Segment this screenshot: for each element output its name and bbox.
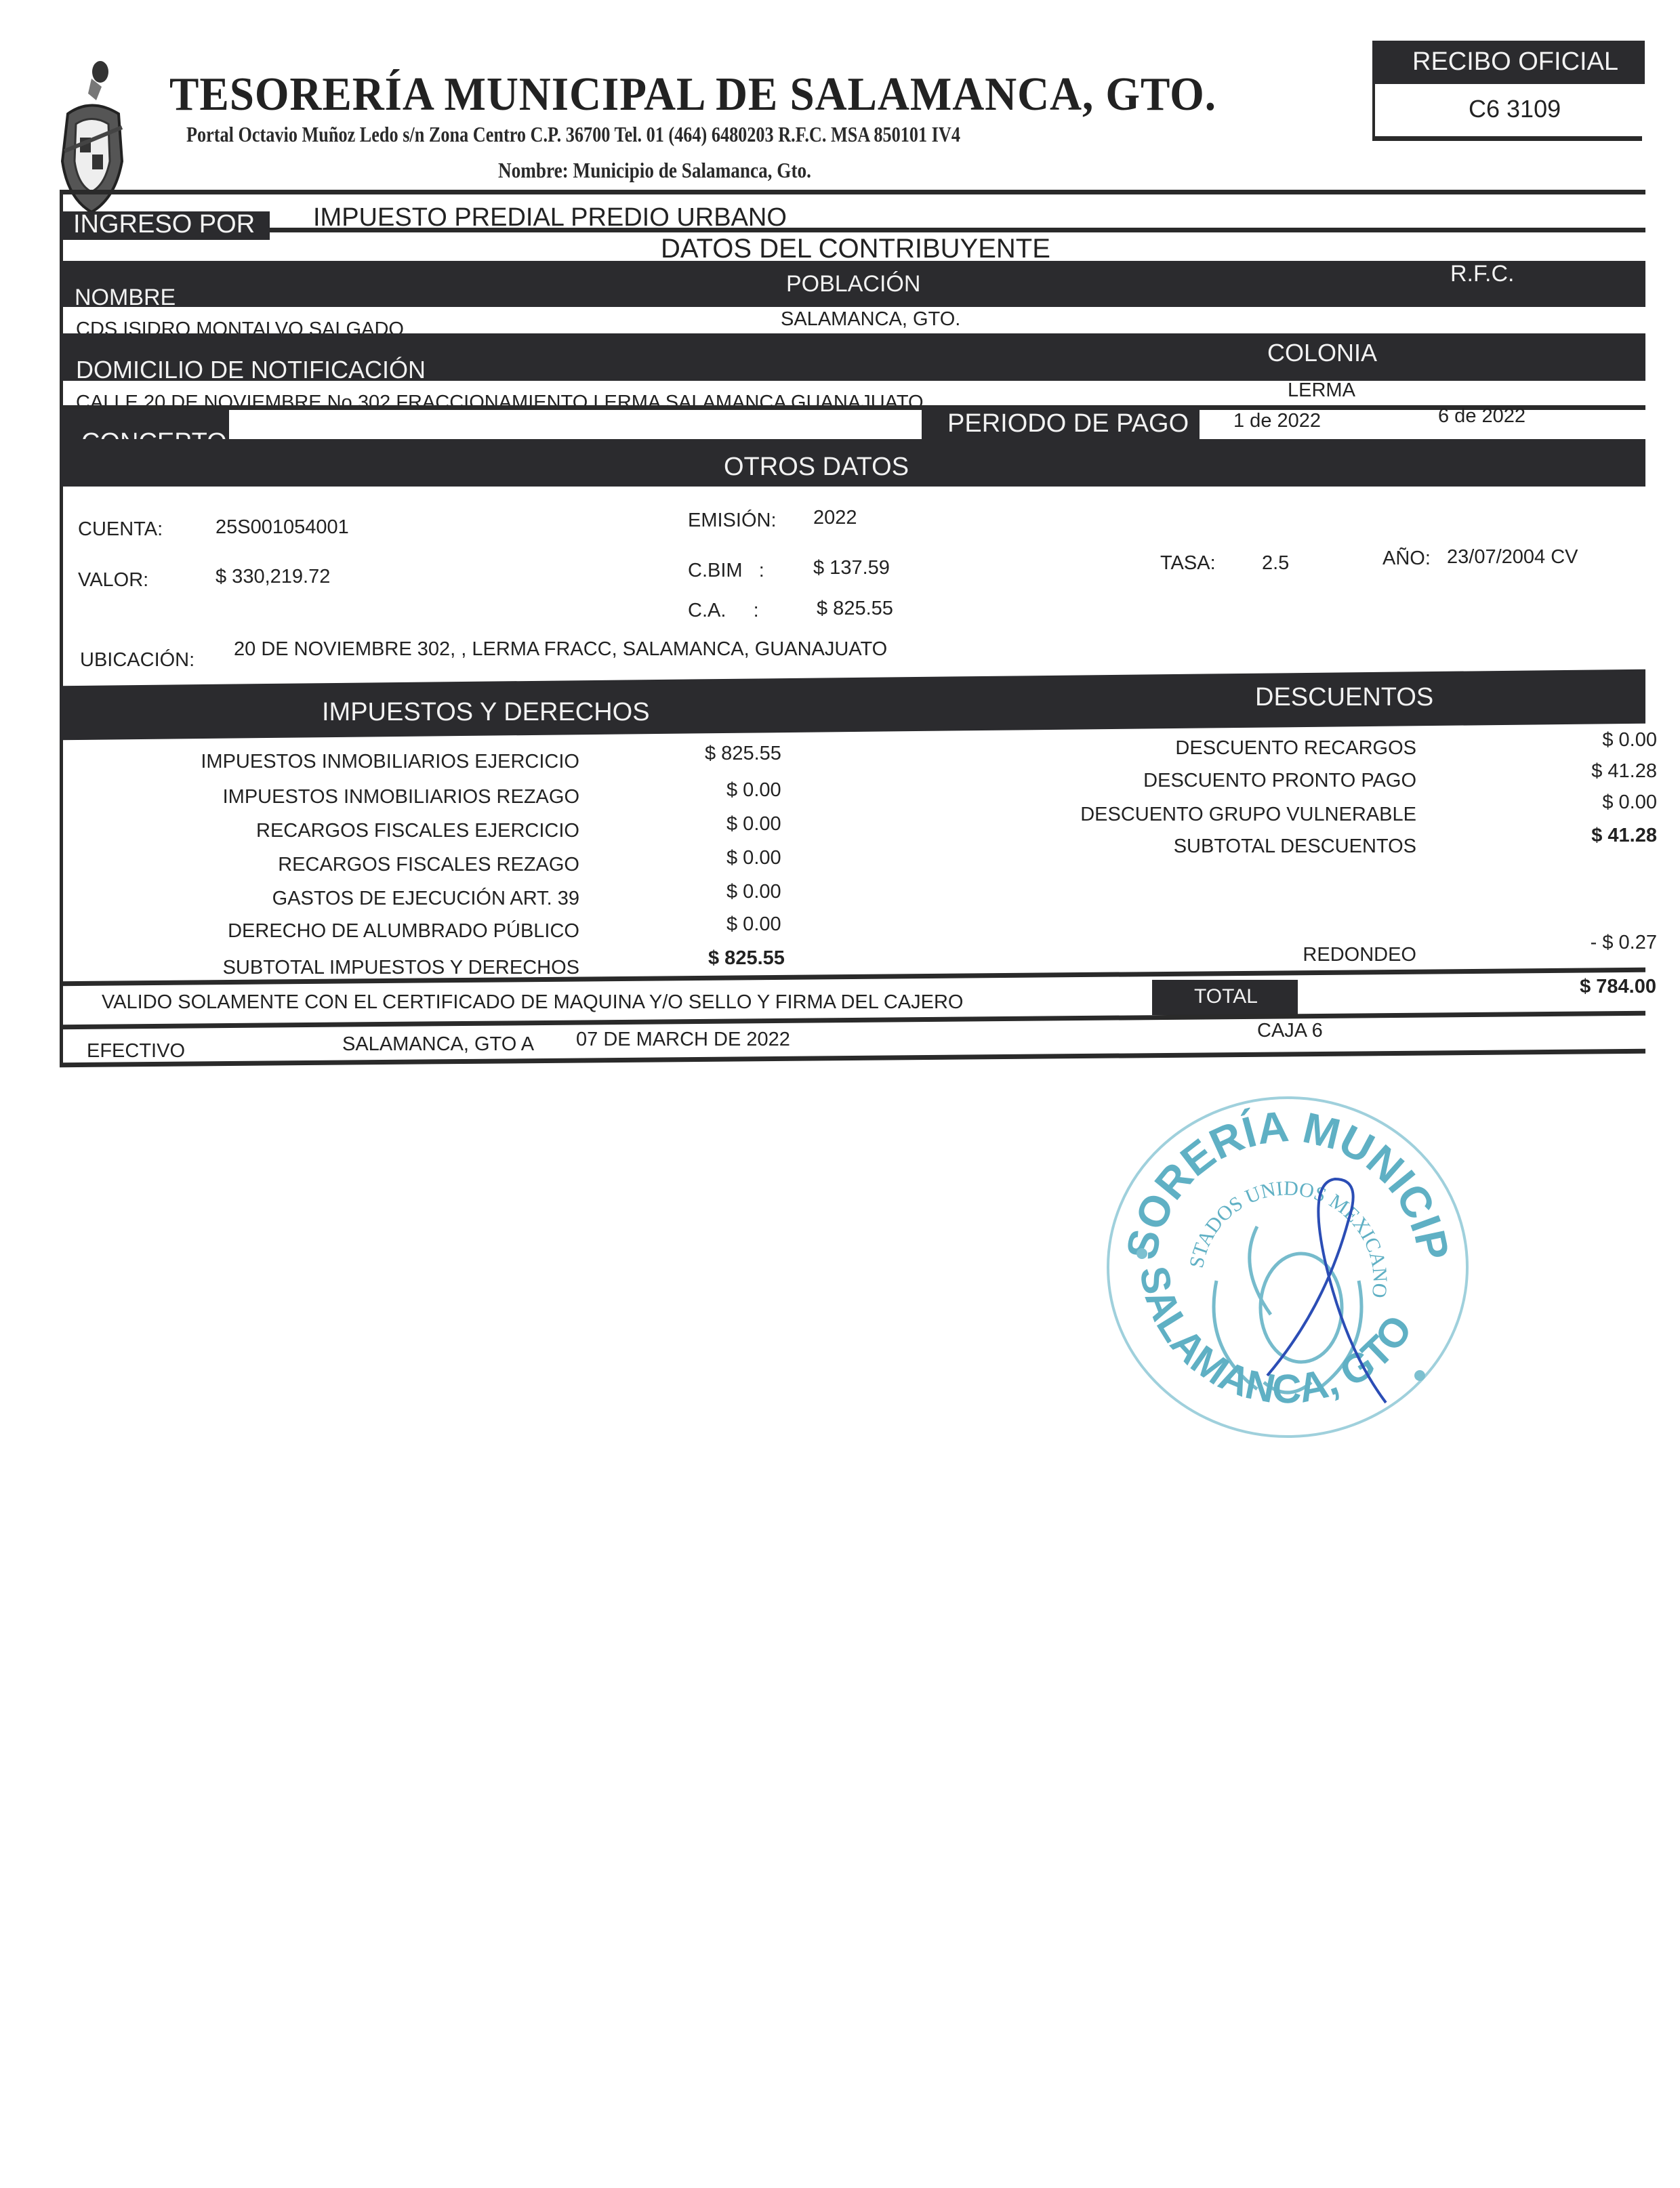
ca-label: C.A. : xyxy=(688,600,759,622)
impuesto-amount: $ 0.00 xyxy=(726,813,781,835)
header-name-line: Nombre: Municipio de Salamanca, Gto. xyxy=(498,158,811,183)
rfc-label: R.F.C. xyxy=(1450,261,1514,287)
caja-label: CAJA 6 xyxy=(1257,1020,1323,1042)
impuesto-label: IMPUESTOS INMOBILIARIOS EJERCICIO xyxy=(201,751,579,773)
impuesto-label: IMPUESTOS INMOBILIARIOS REZAGO xyxy=(223,786,579,808)
descuento-label: DESCUENTO RECARGOS xyxy=(942,737,1416,760)
emision-value: 2022 xyxy=(813,507,857,529)
official-stamp: TESORERÍA MUNICIPAL SALAMANCA, GTO ESTAD… xyxy=(1101,1091,1474,1443)
redondeo-amount: - $ 0.27 xyxy=(1591,932,1657,954)
issue-date: 07 DE MARCH DE 2022 xyxy=(576,1029,790,1051)
ubicacion-label: UBICACIÓN: xyxy=(80,649,194,672)
colonia-label: COLONIA xyxy=(1267,339,1377,367)
total-amount: $ 784.00 xyxy=(1580,976,1656,998)
valor-label: VALOR: xyxy=(78,569,148,592)
descuentos-subtotal-label: SUBTOTAL DESCUENTOS xyxy=(942,835,1416,858)
impuesto-amount: $ 0.00 xyxy=(726,913,781,936)
tasa-label: TASA: xyxy=(1160,552,1216,575)
poblacion-label: POBLACIÓN xyxy=(786,271,920,297)
impuestos-subtotal-label: SUBTOTAL IMPUESTOS Y DERECHOS xyxy=(223,957,579,979)
emision-label: EMISIÓN: xyxy=(688,510,777,532)
ca-value: $ 825.55 xyxy=(817,598,893,620)
cbim-value: $ 137.59 xyxy=(813,557,890,579)
impuesto-amount: $ 0.00 xyxy=(726,779,781,802)
descuento-amount: $ 41.28 xyxy=(1591,760,1657,783)
issue-place: SALAMANCA, GTO A xyxy=(342,1033,534,1056)
payment-method: EFECTIVO xyxy=(87,1040,185,1062)
ingreso-label: INGRESO POR xyxy=(73,210,255,239)
section-title-contribuyente: DATOS DEL CONTRIBUYENTE xyxy=(661,234,1050,264)
descuento-amount: $ 0.00 xyxy=(1602,729,1657,751)
section-title-descuentos: DESCUENTOS xyxy=(1255,683,1433,712)
domicilio-label: DOMICILIO DE NOTIFICACIÓN xyxy=(76,356,426,384)
page-title: TESORERÍA MUNICIPAL DE SALAMANCA, GTO. xyxy=(169,68,1216,122)
total-label: TOTAL xyxy=(1194,985,1258,1008)
cbim-label: C.BIM : xyxy=(688,560,764,582)
descuento-label: DESCUENTO GRUPO VULNERABLE xyxy=(942,804,1416,826)
nombre-label: NOMBRE xyxy=(75,285,176,311)
periodo-desde: 1 de 2022 xyxy=(1233,410,1321,432)
descuento-label: DESCUENTO PRONTO PAGO xyxy=(942,770,1416,792)
impuesto-label: DERECHO DE ALUMBRADO PÚBLICO xyxy=(228,920,579,943)
tasa-value: 2.5 xyxy=(1262,552,1289,575)
colonia-value: LERMA xyxy=(1288,379,1355,402)
section-title-impuestos: IMPUESTOS Y DERECHOS xyxy=(322,698,650,727)
periodo-hasta: 6 de 2022 xyxy=(1438,405,1525,428)
receipt-box: RECIBO OFICIAL C6 3109 xyxy=(1372,41,1642,141)
impuesto-amount: $ 825.55 xyxy=(705,743,781,765)
anio-value: 23/07/2004 CV xyxy=(1447,546,1578,569)
impuesto-amount: $ 0.00 xyxy=(726,847,781,869)
header-address: Portal Octavio Muñoz Ledo s/n Zona Centr… xyxy=(186,122,960,147)
impuestos-subtotal-amount: $ 825.55 xyxy=(708,947,785,970)
anio-label: AÑO: xyxy=(1382,548,1431,570)
treasury-seal-icon: TESORERÍA MUNICIPAL SALAMANCA, GTO ESTAD… xyxy=(1101,1091,1474,1443)
validity-note: VALIDO SOLAMENTE CON EL CERTIFICADO DE M… xyxy=(102,991,963,1014)
impuesto-label: RECARGOS FISCALES REZAGO xyxy=(278,854,579,876)
impuesto-label: RECARGOS FISCALES EJERCICIO xyxy=(256,820,579,842)
section-title-otros-datos: OTROS DATOS xyxy=(724,453,909,482)
periodo-label: PERIODO DE PAGO xyxy=(947,409,1189,438)
receipt-number: C6 3109 xyxy=(1469,95,1561,123)
cuenta-value: 25S001054001 xyxy=(216,516,349,539)
descuentos-subtotal-amount: $ 41.28 xyxy=(1591,825,1657,847)
descuento-amount: $ 0.00 xyxy=(1602,791,1657,814)
poblacion-value: SALAMANCA, GTO. xyxy=(781,308,960,331)
impuesto-label: GASTOS DE EJECUCIÓN ART. 39 xyxy=(272,888,579,910)
cuenta-label: CUENTA: xyxy=(78,518,163,541)
impuesto-amount: $ 0.00 xyxy=(726,881,781,903)
ubicacion-value: 20 DE NOVIEMBRE 302, , LERMA FRACC, SALA… xyxy=(234,638,887,661)
redondeo-label: REDONDEO xyxy=(942,944,1416,966)
receipt-label: RECIBO OFICIAL xyxy=(1412,47,1618,77)
svg-text:TESORERÍA MUNICIPAL: TESORERÍA MUNICIPAL xyxy=(1101,1091,1458,1263)
valor-value: $ 330,219.72 xyxy=(216,566,330,588)
